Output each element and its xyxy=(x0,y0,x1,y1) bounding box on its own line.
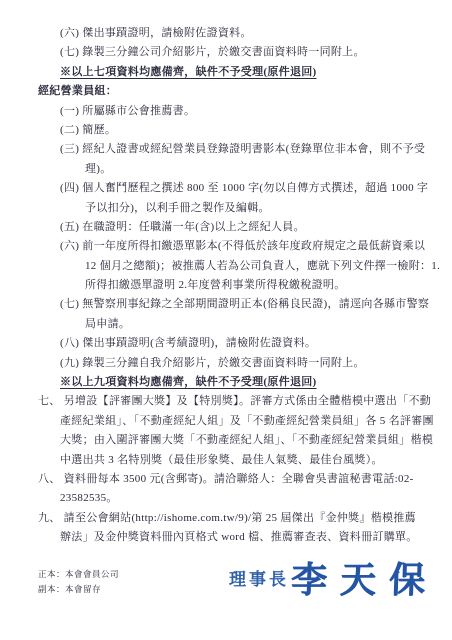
doc-line: (七) 錄製三分鐘公司介紹影片，於繳交書面資料時一同附上。 xyxy=(60,43,442,62)
chairman-title: 理事長 xyxy=(229,565,289,590)
doc-line: (六) 前一年度所得扣繳憑單影本(不得低於該年度政府規定之最低薪資乘以 xyxy=(60,237,442,256)
doc-item-seven: 七、 另增設【評審團大獎】及【特別獎】。評審方式係由全體楷模中選出「不動 xyxy=(38,392,442,411)
document-body: (六) 傑出事蹟證明，請檢附佐證資料。 (七) 錄製三分鐘公司介紹影片，於繳交書… xyxy=(38,24,442,548)
doc-line-continuation: 所得扣繳憑單證明 2.年度營利事業所得稅繳稅證明。 xyxy=(85,276,442,295)
duplicate-copy-label: 副本：本會留存 xyxy=(38,582,119,597)
distribution-block: 正本：本會會員公司 副本：本會留存 xyxy=(38,567,119,597)
document-page: (六) 傑出事蹟證明，請檢附佐證資料。 (七) 錄製三分鐘公司介紹影片，於繳交書… xyxy=(0,0,452,640)
doc-line: (七) 無警察刑事紀錄之全部期間證明正本(俗稱良民證)，請逕向各縣市警察 xyxy=(60,295,442,314)
doc-line: (五) 在職證明：任職滿一年(含)以上之經紀人員。 xyxy=(60,218,442,237)
doc-line: (九) 錄製三分鐘自我介紹影片，於繳交書面資料時一同附上。 xyxy=(60,354,442,373)
doc-line-continuation: 理)。 xyxy=(85,160,442,179)
doc-line-continuation: 12 個月之總額)；被推薦人若為公司負責人，應就下列文件擇一檢附：1. xyxy=(85,257,442,276)
doc-note-nine-items: ※以上九項資料均應備齊，缺件不予受理(原件退回) xyxy=(60,373,442,392)
doc-line-continuation: 辦法」及金仲獎資料冊內頁格式 word 檔、推薦審查表、資料冊訂購單。 xyxy=(60,528,442,547)
doc-line: (八) 傑出事蹟證明(含考績證明)，請檢附佐證資料。 xyxy=(60,334,442,353)
doc-line-continuation: 局申請。 xyxy=(85,315,442,334)
doc-line: (二) 簡歷。 xyxy=(60,121,442,140)
doc-line: (六) 傑出事蹟證明，請檢附佐證資料。 xyxy=(60,24,442,43)
doc-item-eight: 八、 資料冊每本 3500 元(含郵寄)。請洽聯絡人：全聯會吳書誼秘書電話:02… xyxy=(38,470,442,489)
doc-note-seven-items: ※以上七項資料均應備齊，缺件不予受理(原件退回) xyxy=(60,63,442,82)
doc-line-continuation: 大獎；由入圍評審團大獎「不動產經紀人組」、「不動產經紀營業員組」楷模 xyxy=(60,431,442,450)
chairman-signature-block: 理事長 李天保 xyxy=(229,552,438,603)
doc-item-nine: 九、 請至公會網站(http://ishome.com.tw/9)/第 25 屆… xyxy=(38,509,442,528)
doc-line: (一) 所屬縣市公會推薦書。 xyxy=(60,102,442,121)
doc-line-continuation: 23582535。 xyxy=(60,489,442,508)
section-heading-agent-group: 經紀營業員組： xyxy=(38,82,442,101)
doc-line-continuation: 予以扣分)，以利手冊之製作及編輯。 xyxy=(85,199,442,218)
original-copy-label: 正本：本會會員公司 xyxy=(38,567,119,582)
doc-line-continuation: 產經紀業組」、「不動產經紀人組」及「不動產經紀營業員組」各 5 名評審團 xyxy=(60,412,442,431)
doc-line: (四) 個人奮鬥歷程之撰述 800 至 1000 字(勿以自傳方式撰述，超過 1… xyxy=(60,179,442,198)
chairman-signature: 李天保 xyxy=(290,552,439,603)
doc-line: (三) 經紀人證書或經紀營業員登錄證明書影本(登錄單位非本會，則不予受 xyxy=(60,140,442,159)
doc-line-continuation: 中選出共 3 名特別獎（最佳形象獎、最佳人氣獎、最佳台風獎）。 xyxy=(60,451,442,470)
